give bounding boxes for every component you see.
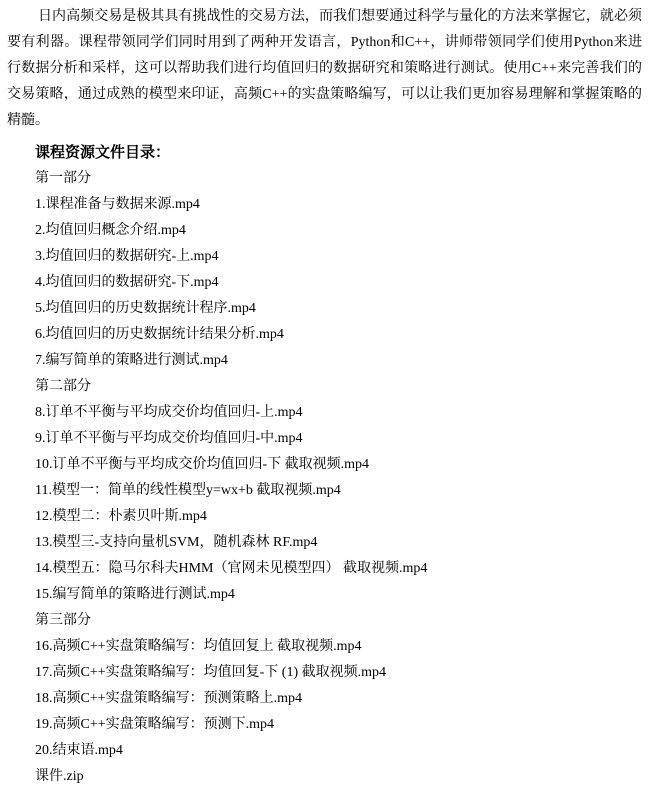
file-item: 9.订单不平衡与平均成交价均值回归-中.mp4 (35, 426, 642, 452)
file-item: 14.模型五：隐马尔科夫HMM（官网未见模型四） 截取视频.mp4 (35, 556, 642, 582)
file-item: 8.订单不平衡与平均成交价均值回归-上.mp4 (35, 400, 642, 426)
section-part-3: 第三部分 16.高频C++实盘策略编写：均值回复上 截取视频.mp4 17.高频… (35, 608, 642, 764)
section-title-part-1: 第一部分 (35, 166, 642, 192)
file-item: 19.高频C++实盘策略编写：预测下.mp4 (35, 712, 642, 738)
file-list-part-1: 1.课程准备与数据来源.mp4 2.均值回归概念介绍.mp4 3.均值回归的数据… (35, 192, 642, 374)
section-title-part-3: 第三部分 (35, 608, 642, 634)
intro-paragraph: 日内高频交易是极其具有挑战性的交易方法，而我们想要通过科学与量化的方法来掌握它，… (7, 4, 642, 134)
file-item: 10.订单不平衡与平均成交价均值回归-下 截取视频.mp4 (35, 452, 642, 478)
file-item: 20.结束语.mp4 (35, 738, 642, 764)
section-part-1: 第一部分 1.课程准备与数据来源.mp4 2.均值回归概念介绍.mp4 3.均值… (35, 166, 642, 374)
file-item: 17.高频C++实盘策略编写：均值回复-下 (1) 截取视频.mp4 (35, 660, 642, 686)
resource-catalog: 课程资源文件目录： 第一部分 1.课程准备与数据来源.mp4 2.均值回归概念介… (7, 140, 642, 790)
file-item: 7.编写简单的策略进行测试.mp4 (35, 348, 642, 374)
file-item: 11.模型一：简单的线性模型y=wx+b 截取视频.mp4 (35, 478, 642, 504)
file-item: 16.高频C++实盘策略编写：均值回复上 截取视频.mp4 (35, 634, 642, 660)
course-description-document: 日内高频交易是极其具有挑战性的交易方法，而我们想要通过科学与量化的方法来掌握它，… (0, 0, 650, 790)
file-item: 2.均值回归概念介绍.mp4 (35, 218, 642, 244)
file-item: 4.均值回归的数据研究-下.mp4 (35, 270, 642, 296)
file-item: 6.均值回归的历史数据统计结果分析.mp4 (35, 322, 642, 348)
file-item: 12.模型二：朴素贝叶斯.mp4 (35, 504, 642, 530)
file-list-part-2: 8.订单不平衡与平均成交价均值回归-上.mp4 9.订单不平衡与平均成交价均值回… (35, 400, 642, 608)
file-list-part-3: 16.高频C++实盘策略编写：均值回复上 截取视频.mp4 17.高频C++实盘… (35, 634, 642, 764)
file-item: 1.课程准备与数据来源.mp4 (35, 192, 642, 218)
section-part-2: 第二部分 8.订单不平衡与平均成交价均值回归-上.mp4 9.订单不平衡与平均成… (35, 374, 642, 608)
file-item: 3.均值回归的数据研究-上.mp4 (35, 244, 642, 270)
file-item: 13.模型三-支持向量机SVM，随机森林 RF.mp4 (35, 530, 642, 556)
section-title-part-2: 第二部分 (35, 374, 642, 400)
attachment-item: 课件.zip (35, 764, 642, 790)
file-item: 15.编写简单的策略进行测试.mp4 (35, 582, 642, 608)
catalog-heading: 课程资源文件目录： (35, 140, 642, 166)
file-item: 5.均值回归的历史数据统计程序.mp4 (35, 296, 642, 322)
file-item: 18.高频C++实盘策略编写：预测策略上.mp4 (35, 686, 642, 712)
